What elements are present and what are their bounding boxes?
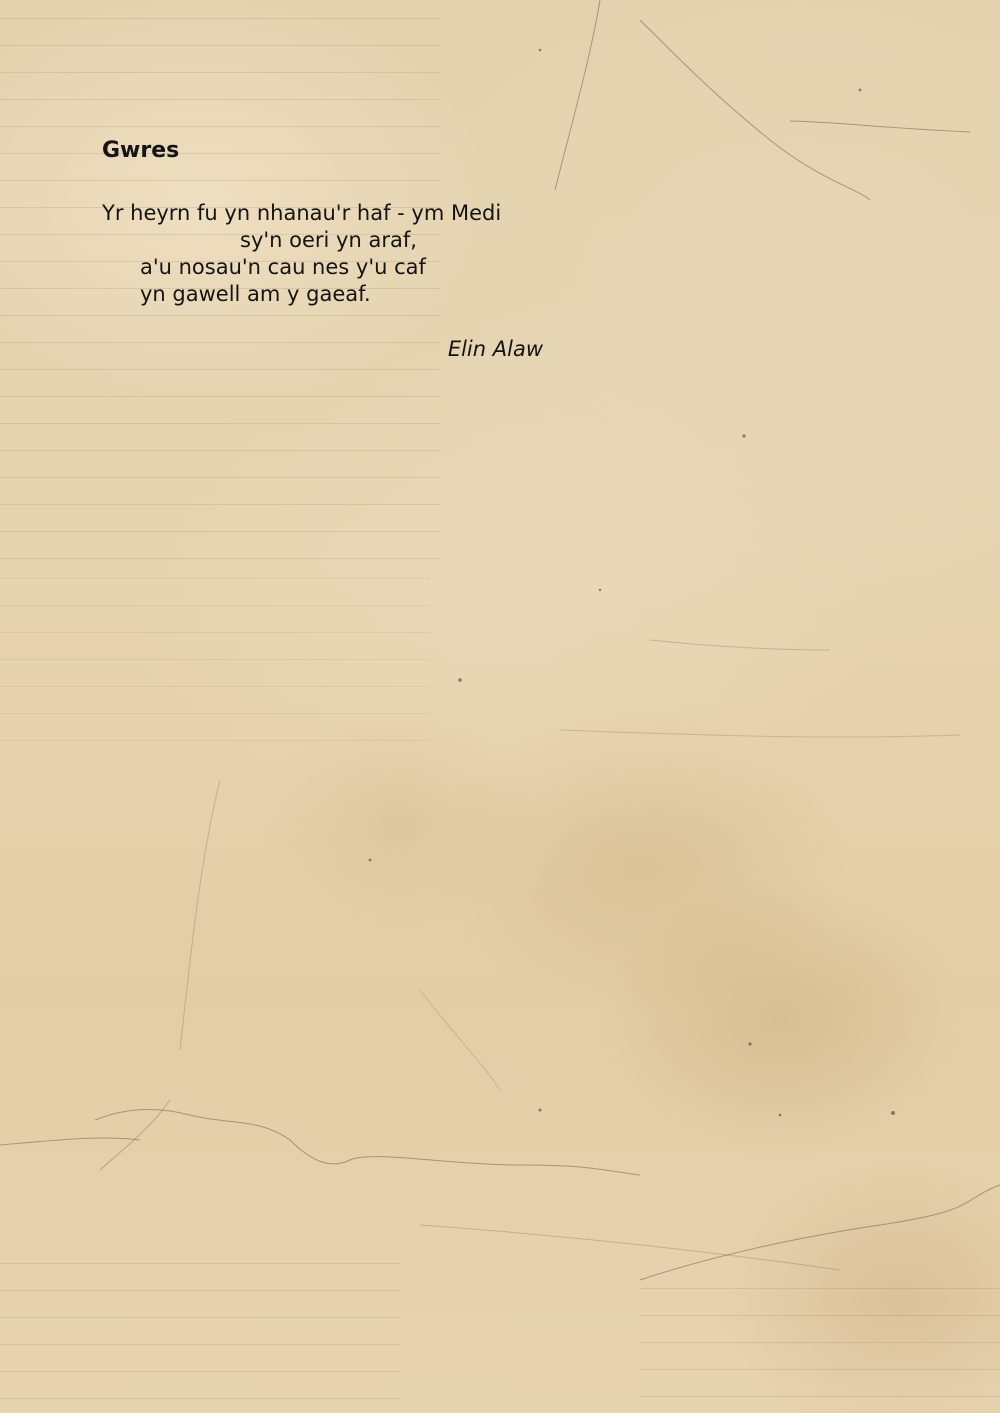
poem-line-4: yn gawell am y gaeaf. — [140, 282, 371, 306]
poem-author: Elin Alaw — [448, 337, 543, 361]
poem-title: Gwres — [102, 138, 179, 163]
poem: Gwres Yr heyrn fu yn nhanau'r haf - ym M… — [0, 0, 1000, 1413]
poem-line-3: a'u nosau'n cau nes y'u caf — [140, 255, 426, 279]
poem-line-2: sy'n oeri yn araf, — [240, 228, 417, 252]
poem-line-1: Yr heyrn fu yn nhanau'r haf - ym Medi — [102, 201, 501, 225]
